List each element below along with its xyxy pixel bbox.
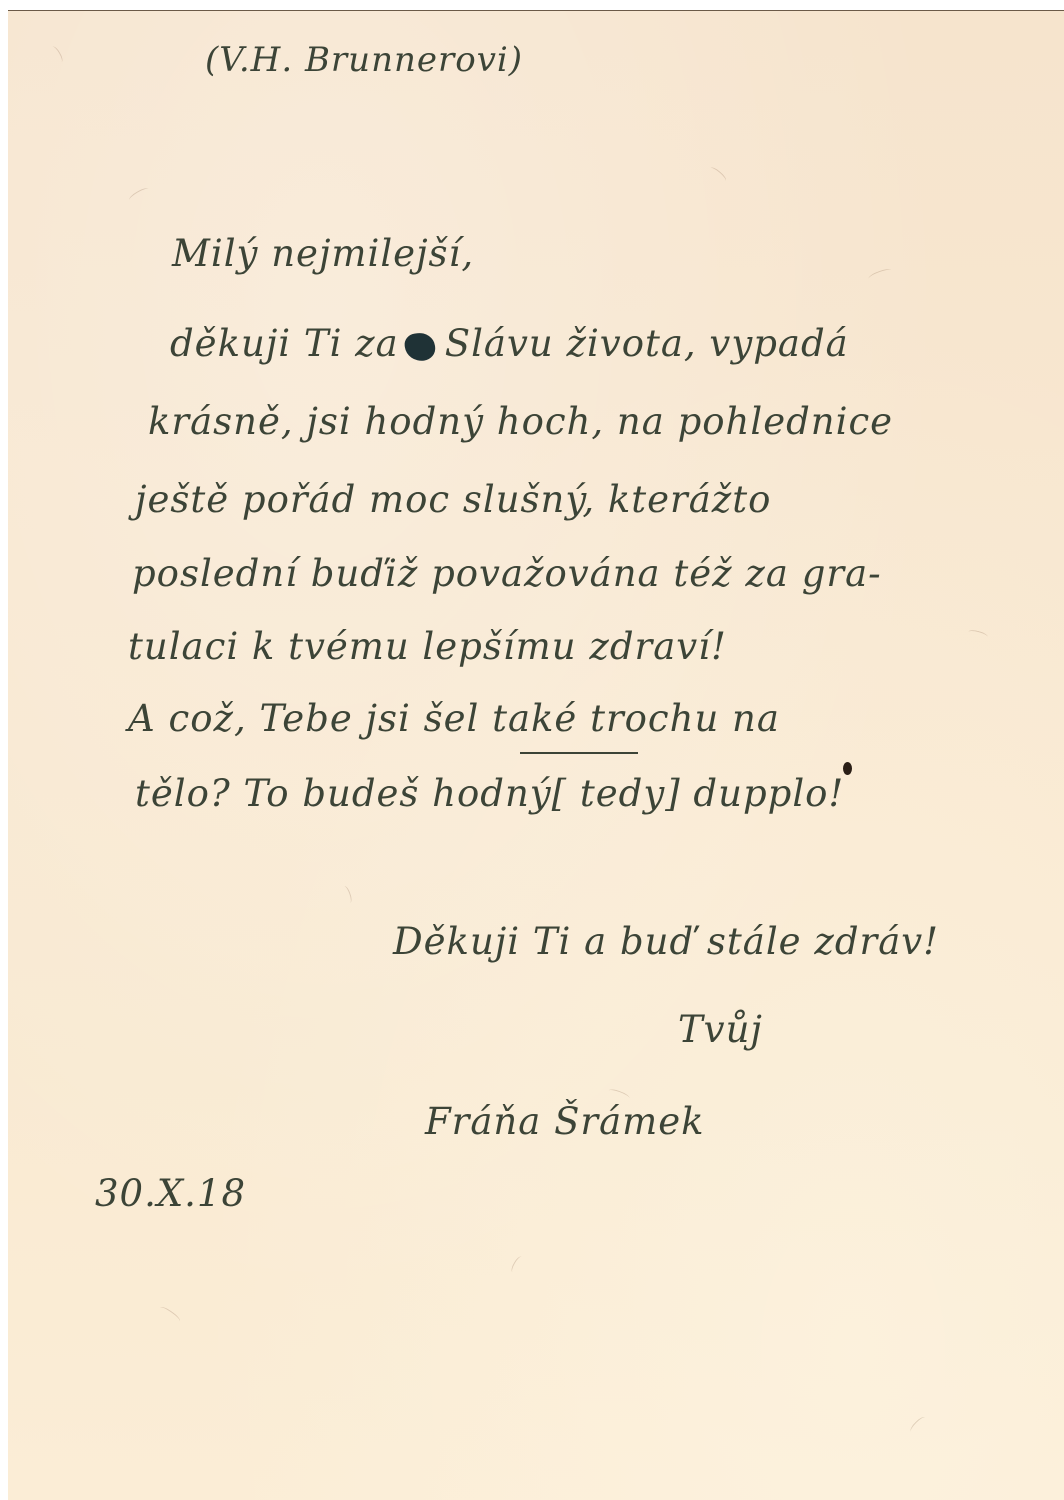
paper-fiber	[128, 186, 151, 203]
ink-blot-icon	[403, 331, 437, 363]
paper-fiber	[509, 1255, 524, 1274]
paper-fiber	[341, 885, 354, 904]
insertion-line	[520, 752, 638, 754]
paper-fiber	[708, 165, 728, 183]
letter-line-6: A což, Tebe jsi šel také trochu na	[128, 697, 780, 740]
paper-fiber	[868, 267, 893, 282]
letter-line-2: krásně, jsi hodný hoch, na pohlednice	[148, 400, 893, 443]
signature: Fráňa Šrámek	[425, 1100, 705, 1143]
letter-date: 30.X.18	[95, 1172, 246, 1215]
letter-line-1-start: děkuji Ti za	[170, 322, 399, 365]
recipient-note: (V.H. Brunnerovi)	[205, 40, 523, 80]
letter-line-7: tělo? To budeš hodný[ tedy] dupplo!	[135, 772, 844, 815]
letter-line-1-end: Slávu života, vypadá	[445, 322, 849, 365]
letter-line-3: ještě pořád moc slušný, kterážto	[135, 478, 771, 521]
ink-spot	[843, 762, 852, 775]
paper-fiber	[158, 1305, 182, 1325]
paper-fiber	[908, 1415, 927, 1434]
paper-fiber	[967, 629, 988, 641]
letter-line-4: poslední buďiž považována též za gra-	[132, 552, 882, 595]
salutation: Milý nejmilejší,	[172, 232, 474, 275]
letter-line-5: tulaci k tvému lepšímu zdraví!	[128, 625, 727, 668]
valediction: Tvůj	[678, 1008, 763, 1051]
letter-line-1: děkuji Ti zaSlávu života, vypadá	[170, 322, 849, 365]
letter-paper	[8, 10, 1064, 1500]
closing-line: Děkuji Ti a buď stále zdráv!	[393, 920, 939, 963]
paper-fiber	[49, 45, 64, 64]
